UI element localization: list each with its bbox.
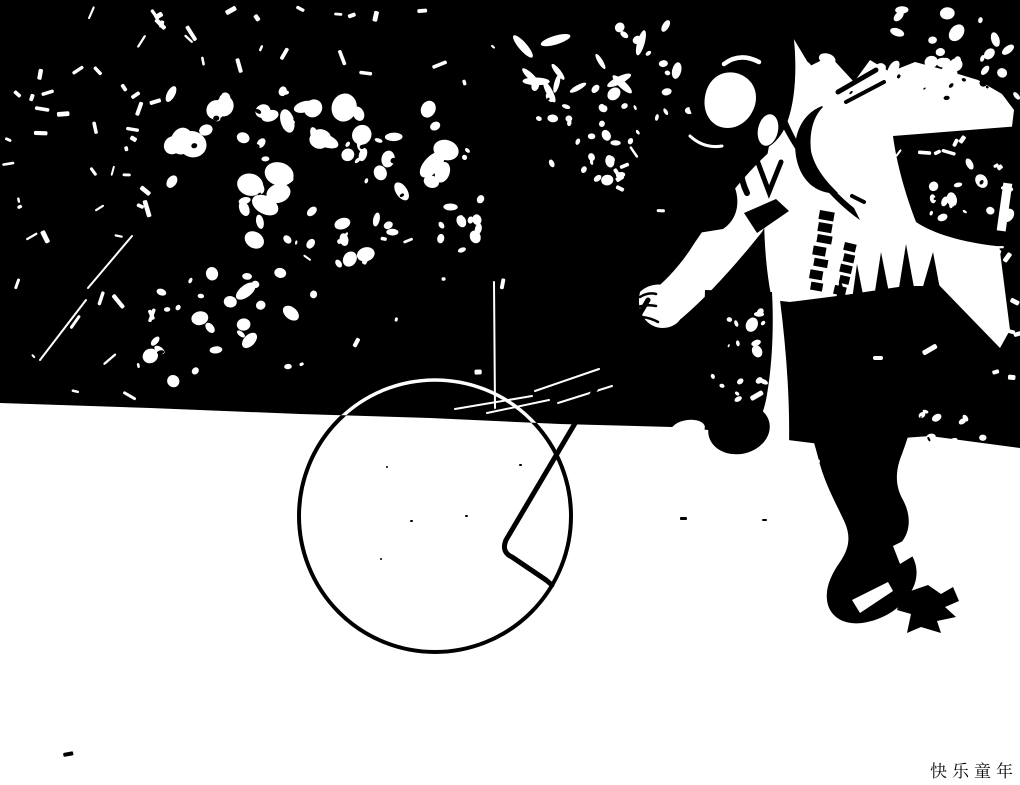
caption-text: 快乐童年 bbox=[930, 761, 1018, 782]
hoop-rolling-photo: 快乐童年 bbox=[0, 0, 1020, 785]
photo-canvas: 快乐童年 bbox=[0, 0, 1020, 785]
